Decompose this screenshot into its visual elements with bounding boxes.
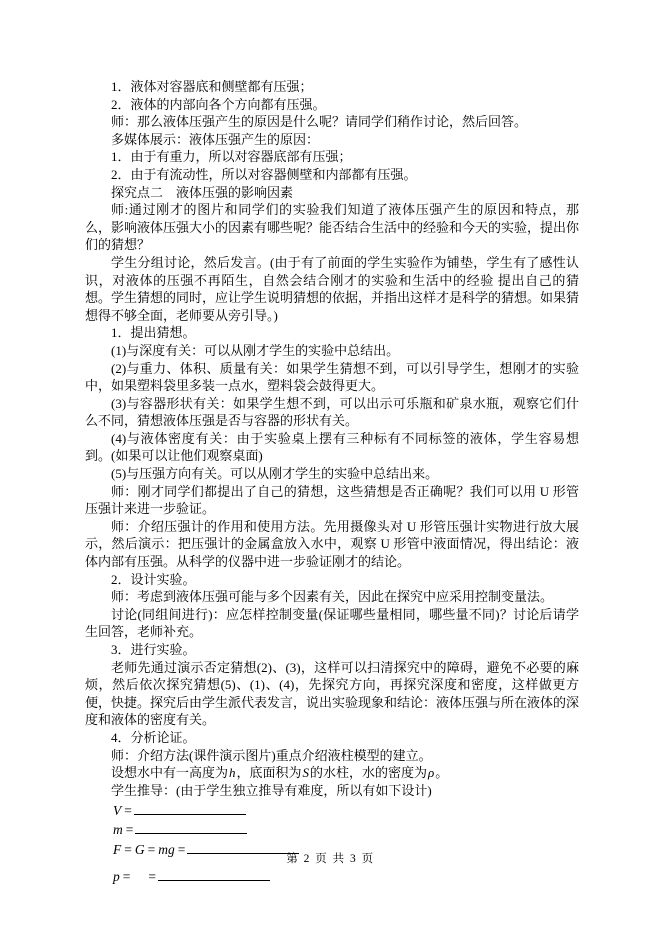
equals-sign: = — [146, 869, 158, 884]
note-line-group-discussion: 学生分组讨论，然后发言。(由于有了前面的学生实验作为铺垫，学生有了感性认识，对液… — [85, 254, 579, 324]
teacher-line-factors-question: 师:通过刚才的图片和同学们的实验我们知道了液体压强产生的原因和特点，那么，影响液… — [85, 201, 579, 254]
step-heading-3-experiment: 3．进行实验。 — [85, 641, 579, 659]
list-item-pressure-inside: 2．液体的内部向各个方向都有压强。 — [85, 96, 579, 114]
variable-symbol: p — [112, 869, 121, 884]
teacher-line-control-variables: 师：考虑到液体压强可能与多个因素有关，因此在探究中应采用控制变量法。 — [85, 588, 579, 606]
teacher-line-column-model: 师：介绍方法(课件演示图片)重点介绍液柱模型的建立。 — [85, 747, 579, 765]
variable-symbol: S — [302, 765, 311, 780]
multimedia-line: 多媒体展示：液体压强产生的原因： — [85, 131, 579, 149]
fill-in-blank-line — [158, 867, 270, 881]
guess-item-direction: (5)与压强方向有关。可以从刚才学生的实验中总结出来。 — [85, 465, 579, 483]
step-heading-1-guess: 1．提出猜想。 — [85, 324, 579, 342]
equals-sign: = — [122, 803, 134, 818]
teacher-line-verify-utube: 师：刚才同学们都提出了自己的猜想，这些猜想是否正确呢？我们可以用 U 形管压强计… — [85, 483, 579, 518]
list-item-fluidity: 2．由于有流动性，所以对容器侧壁和内部都有压强。 — [85, 166, 579, 184]
step-heading-2-design: 2．设计实验。 — [85, 571, 579, 589]
formula-mass: m= — [85, 821, 579, 840]
section-heading-inquiry-point-2: 探究点二 液体压强的影响因素 — [85, 184, 579, 202]
guess-item-container-shape: (3)与容器形状有关：如果学生想不到，可以出示可乐瓶和矿泉水瓶，观察它们什么不同… — [85, 395, 579, 430]
teacher-line-cause-question: 师：那么液体压强产生的原因是什么呢？请同学们稍作讨论，然后回答。 — [85, 113, 579, 131]
guess-item-density: (4)与液体密度有关：由于实验桌上摆有三种标有不同标签的液体，学生容易想到。(如… — [85, 430, 579, 465]
document-page: 1．液体对容器底和侧壁都有压强；2．液体的内部向各个方向都有压强。师：那么液体压… — [0, 0, 661, 935]
guess-item-gravity-volume-mass: (2)与重力、体积、质量有关：如果学生猜想不到，可以引导学生，想刚才的实验中，如… — [85, 360, 579, 395]
fill-in-blank-line — [135, 821, 247, 835]
list-item-pressure-bottom: 1．液体对容器底和侧壁都有压强； — [85, 78, 579, 96]
teacher-line-manometer-demo: 师：介绍压强计的作用和使用方法。先用摄像头对 U 形管压强计实物进行放大展示，然… — [85, 518, 579, 571]
equals-sign: = — [121, 869, 133, 884]
formula-pressure: p== — [85, 867, 579, 886]
formula-block: V=m=F=G=mg=p== — [85, 801, 579, 886]
discussion-line: 讨论(同组间进行)：应怎样控制变量(保证哪些量相同，哪些量不同)？讨论后请学生回… — [85, 606, 579, 641]
equals-sign: = — [124, 822, 136, 837]
fill-in-blank-line — [134, 801, 246, 815]
step-heading-4-analysis: 4．分析论证。 — [85, 729, 579, 747]
list-item-gravity: 1．由于有重力，所以对容器底部有压强； — [85, 148, 579, 166]
variable-symbol: m — [112, 822, 124, 837]
guess-item-depth: (1)与深度有关：可以从刚才学生的实验中总结出。 — [85, 342, 579, 360]
variable-symbol: V — [112, 803, 122, 818]
formula-volume: V= — [85, 801, 579, 820]
variable-symbol: h — [228, 765, 237, 780]
document-body: 1．液体对容器底和侧壁都有压强；2．液体的内部向各个方向都有压强。师：那么液体压… — [85, 78, 579, 887]
page-footer: 第 2 页 共 3 页 — [0, 850, 661, 866]
derivation-line: 学生推导：(由于学生独立推导有难度，所以有如下设计) — [85, 782, 579, 800]
setup-line-water-column: 设想水中有一高度为h，底面积为S的水柱，水的密度为ρ。 — [85, 764, 579, 782]
note-line-experiment-order: 老师先通过演示否定猜想(2)、(3)，这样可以扫清探究中的障碍，避免不必要的麻烦… — [85, 659, 579, 729]
